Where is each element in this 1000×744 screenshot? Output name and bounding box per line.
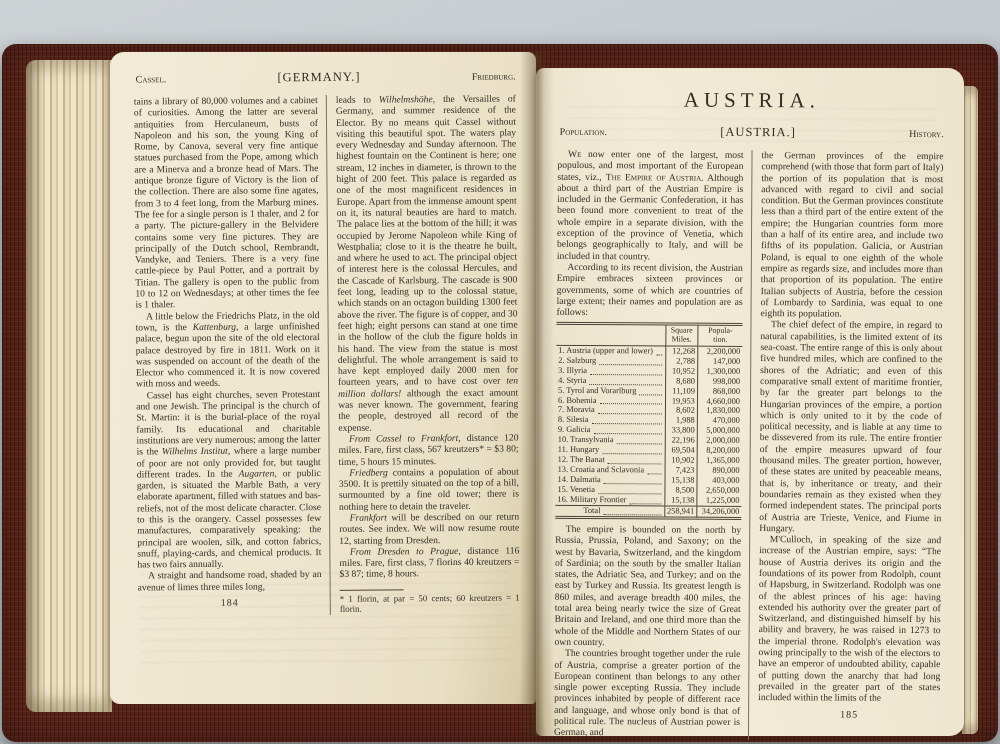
- dot-leader: [593, 426, 661, 434]
- dot-leader: [603, 507, 661, 515]
- row-square-miles: 10,952: [665, 366, 697, 376]
- row-square-miles: 15,138: [665, 495, 697, 506]
- paragraph: The empire is bounded on the north by Ru…: [554, 524, 741, 649]
- dot-leader: [656, 347, 662, 355]
- row-population: 470,000: [697, 416, 742, 426]
- table-header-row: SquareMiles. Popula-tion.: [556, 324, 742, 347]
- row-population: 2,000,000: [697, 436, 742, 446]
- row-square-miles: 1,988: [665, 416, 697, 426]
- total-population: 34,206,000: [697, 506, 742, 519]
- row-square-miles: 8,602: [665, 406, 697, 416]
- row-name: 12. The Banat: [556, 455, 665, 466]
- paragraph: M'Culloch, in speaking of the size and i…: [758, 534, 941, 705]
- table-row: 16. Military Frontier15,1381,225,000: [555, 494, 741, 506]
- row-population: 403,000: [697, 476, 742, 486]
- row-population: 2,650,000: [697, 485, 742, 495]
- row-population: 890,000: [697, 466, 742, 476]
- row-square-miles: 10,902: [665, 455, 697, 465]
- row-population: 2,200,000: [698, 346, 743, 357]
- row-population: 5,000,000: [697, 426, 742, 436]
- total-square-miles: 258,941: [664, 506, 696, 519]
- paragraph: A straight and handsome road, shaded by …: [138, 569, 322, 593]
- total-label: Total: [555, 505, 664, 517]
- row-population: 4,660,000: [697, 396, 742, 406]
- text-columns: We now enter one of the largest, most po…: [554, 149, 946, 741]
- dot-leader: [598, 486, 661, 494]
- row-name: 3. Illyria: [556, 366, 665, 377]
- dot-leader: [599, 357, 662, 365]
- dot-leader: [589, 377, 661, 385]
- row-square-miles: 12,268: [665, 346, 697, 357]
- row-name: 9. Galicia: [556, 425, 665, 436]
- dot-leader: [617, 436, 662, 444]
- paragraph: tains a library of 80,000 volumes and a …: [134, 95, 320, 311]
- page-number: 184: [138, 597, 322, 609]
- paragraph: Cassel has eight churches, seven Protest…: [136, 389, 321, 571]
- paragraph: the German provinces of the empire compr…: [761, 150, 944, 321]
- row-name: 7. Moravia: [556, 405, 665, 416]
- table-header-blank: [556, 324, 665, 346]
- paragraph: From Dresden to Prague, distance 116 mil…: [339, 545, 519, 580]
- row-square-miles: 69,504: [665, 446, 697, 456]
- section-title: AUSTRIA.: [558, 87, 946, 114]
- right-page-content: AUSTRIA. Population. [AUSTRIA.] History.…: [534, 67, 966, 738]
- row-square-miles: 8,680: [665, 376, 697, 386]
- row-name: 10. Transylvania: [556, 435, 665, 446]
- row-name: 14. Dalmatia: [555, 475, 664, 486]
- paragraph: A little below the Friedrichs Platz, in …: [135, 310, 320, 391]
- footnote: * 1 florin, at par = 50 cents; 60 kreutz…: [340, 592, 520, 615]
- row-population: 868,000: [697, 386, 742, 396]
- row-name: 4. Styria: [556, 376, 665, 387]
- dot-leader: [592, 416, 662, 424]
- row-name: 6. Bohemia: [556, 395, 665, 406]
- row-square-miles: 15,138: [665, 475, 697, 485]
- row-square-miles: 19,953: [665, 396, 697, 406]
- dot-leader: [604, 476, 661, 484]
- row-square-miles: 8,500: [665, 485, 697, 495]
- dot-leader: [647, 466, 661, 474]
- paragraph: From Cassel to Frankfort, distance 120 m…: [338, 432, 518, 467]
- row-name: 1. Austria (upper and lower): [556, 346, 665, 357]
- table-header-population: Popula-tion.: [698, 325, 743, 347]
- left-page-content: Cassel. [GERMANY.] Friedburg. tains a li…: [107, 50, 538, 705]
- row-population: 8,200,000: [697, 446, 742, 456]
- dot-leader: [598, 406, 662, 414]
- running-head-center: [GERMANY.]: [277, 70, 360, 86]
- row-square-miles: 2,788: [665, 356, 697, 366]
- dot-leader: [608, 456, 662, 464]
- paragraph: leads to Wilhelmshöhe, the Versailles of…: [336, 93, 519, 433]
- footnote-rule: [340, 589, 404, 591]
- row-name: 16. Military Frontier: [555, 494, 664, 505]
- row-square-miles: 11,109: [665, 386, 697, 396]
- text-columns: tains a library of 80,000 volumes and a …: [134, 93, 522, 616]
- row-population: 1,225,000: [697, 495, 742, 506]
- row-square-miles: 7,423: [665, 465, 697, 475]
- row-population: 147,000: [698, 357, 743, 367]
- right-page-column-2: the German provinces of the empire compr…: [748, 150, 946, 741]
- row-population: 1,830,000: [697, 406, 742, 416]
- row-population: 1,300,000: [698, 367, 743, 377]
- page-number: 185: [758, 709, 940, 721]
- paragraph: The countries brought together under the…: [554, 648, 741, 740]
- population-table: SquareMiles. Popula-tion. 1. Austria (up…: [555, 322, 742, 520]
- running-head-right: Friedburg.: [472, 71, 516, 82]
- left-page-column-2: leads to Wilhelmshöhe, the Versailles of…: [326, 93, 522, 614]
- paragraph: Friedberg contains a population of about…: [339, 466, 519, 513]
- row-name: 15. Venetia: [555, 485, 664, 496]
- running-head-right: History.: [909, 129, 944, 140]
- table-header-square-miles: SquareMiles.: [665, 324, 697, 346]
- paragraph: We now enter one of the largest, most po…: [557, 149, 744, 263]
- row-population: 998,000: [697, 376, 742, 386]
- row-name: 5. Tyrol and Vorarlburg: [556, 385, 665, 396]
- row-square-miles: 22,196: [665, 436, 697, 446]
- running-head: Cassel. [GERMANY.] Friedburg.: [136, 68, 516, 86]
- right-page-column-1: We now enter one of the largest, most po…: [554, 149, 752, 740]
- dot-leader: [600, 397, 662, 405]
- dot-leader: [602, 446, 661, 454]
- dot-leader: [639, 387, 661, 395]
- row-name: 11. Hungary: [556, 445, 665, 456]
- running-head: Population. [AUSTRIA.] History.: [560, 124, 944, 141]
- left-page-column-1: tains a library of 80,000 volumes and a …: [134, 95, 330, 616]
- paragraph: The chief defect of the empire, in regar…: [759, 320, 942, 536]
- table-total-row: Total258,94134,206,000: [555, 505, 741, 519]
- row-population: 1,365,000: [697, 456, 742, 466]
- running-head-center: [AUSTRIA.]: [720, 125, 796, 140]
- page-edges-left: [26, 60, 112, 712]
- row-name: 8. Silesia: [556, 415, 665, 426]
- running-head-left: Cassel.: [136, 74, 167, 85]
- paragraph: According to its recent division, the Au…: [557, 262, 743, 320]
- dot-leader: [629, 496, 661, 504]
- dot-leader: [590, 367, 662, 375]
- right-page: AUSTRIA. Population. [AUSTRIA.] History.…: [536, 68, 964, 736]
- row-name: 2. Salzburg: [556, 356, 665, 367]
- left-page: Cassel. [GERMANY.] Friedburg. tains a li…: [110, 52, 536, 704]
- row-square-miles: 33,800: [665, 426, 697, 436]
- running-head-left: Population.: [560, 127, 607, 138]
- row-name: 13. Croatia and Sclavonia: [556, 465, 665, 476]
- paragraph: Frankfort will be described on our retur…: [339, 511, 519, 546]
